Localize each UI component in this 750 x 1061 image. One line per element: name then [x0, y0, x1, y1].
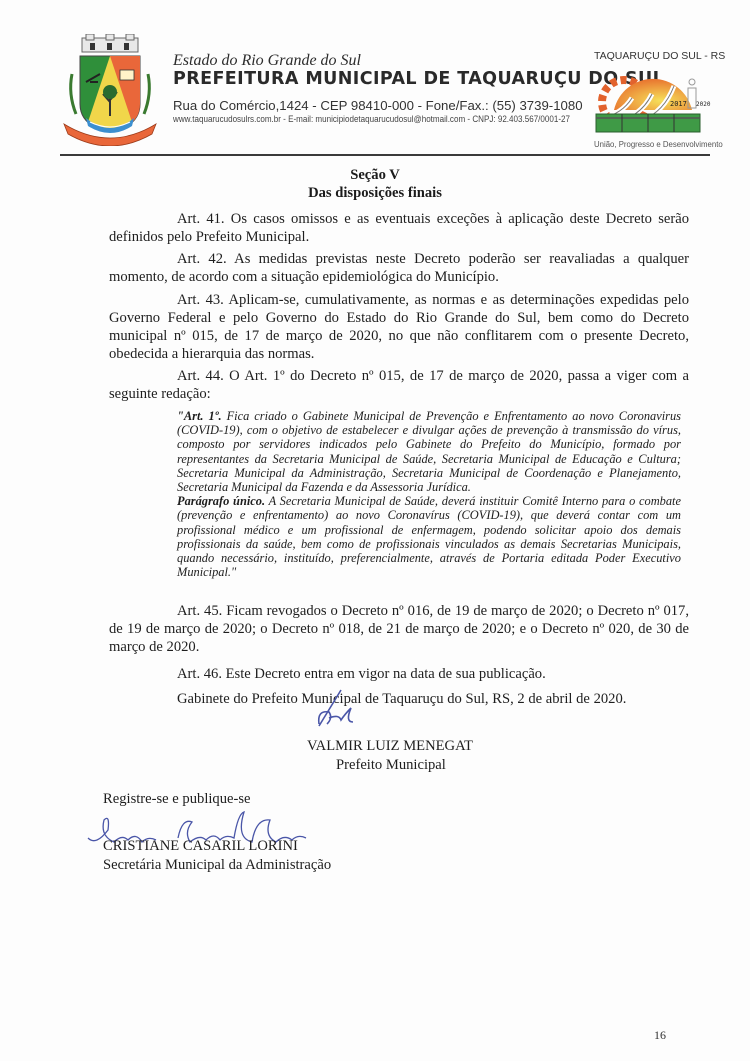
article-46: Art. 46. Este Decreto entra em vigor na …: [177, 666, 546, 683]
administration-logo-icon: 2017 2020: [592, 66, 712, 136]
svg-text:2017: 2017: [670, 100, 687, 108]
quote-article-text: Fica criado o Gabinete Municipal de Prev…: [177, 409, 681, 494]
place-and-date: Gabinete do Prefeito Municipal de Taquar…: [177, 691, 626, 708]
article-45: Art. 45. Ficam revogados o Decreto nº 01…: [109, 602, 689, 656]
page-number: 16: [654, 1028, 666, 1043]
section-title: Seção V: [0, 167, 750, 184]
header-prefeitura: PREFEITURA MUNICIPAL DE TAQUARUÇU DO SUL: [173, 69, 664, 89]
coat-of-arms-icon: [60, 34, 160, 146]
article-42-text: Art. 42. As medidas previstas neste Decr…: [109, 251, 689, 285]
article-43-text: Art. 43. Aplicam-se, cumulativamente, as…: [109, 292, 689, 362]
secretary-title: Secretária Municipal da Administração: [103, 857, 331, 874]
article-41: Art. 41. Os casos omissos e as eventuais…: [109, 210, 689, 246]
quote-article-label: "Art. 1º.: [177, 409, 222, 423]
article-44-text: Art. 44. O Art. 1º do Decreto nº 015, de…: [109, 368, 689, 402]
article-43: Art. 43. Aplicam-se, cumulativamente, as…: [109, 291, 689, 363]
header-right-title: TAQUARUÇU DO SUL - RS: [594, 50, 725, 62]
article-41-text: Art. 41. Os casos omissos e as eventuais…: [109, 211, 689, 245]
article-42: Art. 42. As medidas previstas neste Decr…: [109, 250, 689, 286]
document-page: Estado do Rio Grande do Sul PREFEITURA M…: [0, 0, 750, 1061]
article-44: Art. 44. O Art. 1º do Decreto nº 015, de…: [109, 367, 689, 403]
article-45-text: Art. 45. Ficam revogados o Decreto nº 01…: [109, 603, 689, 655]
register-publish: Registre-se e publique-se: [103, 791, 251, 808]
header-slogan: União, Progresso e Desenvolvimento: [594, 140, 723, 149]
quote-paragraph-label: Parágrafo único.: [177, 494, 265, 508]
header-state: Estado do Rio Grande do Sul: [173, 52, 361, 70]
quoted-article-1: "Art. 1º. Fica criado o Gabinete Municip…: [177, 409, 681, 579]
mayor-name: VALMIR LUIZ MENEGAT: [307, 738, 473, 755]
header-divider: [60, 154, 710, 156]
secretary-name: CRISTIANE CASARIL LORINI: [103, 838, 298, 855]
mayor-title: Prefeito Municipal: [336, 757, 446, 774]
mayor-signature-icon: [305, 688, 385, 738]
header-contact-line: www.taquarucudosulrs.com.br - E-mail: mu…: [173, 114, 570, 125]
header-address: Rua do Comércio,1424 - CEP 98410-000 - F…: [173, 98, 583, 113]
svg-text:2020: 2020: [696, 101, 711, 108]
section-subtitle: Das disposições finais: [0, 185, 750, 202]
